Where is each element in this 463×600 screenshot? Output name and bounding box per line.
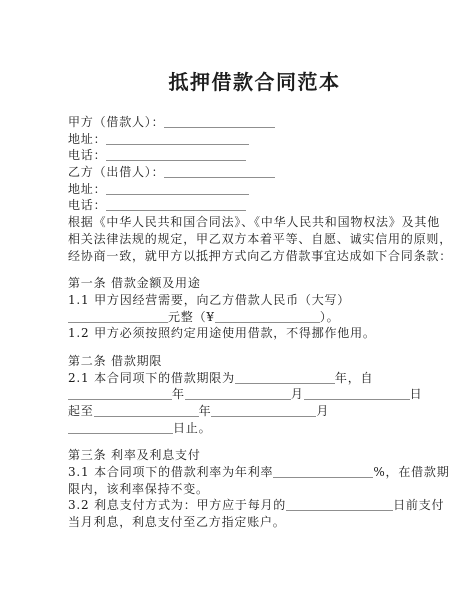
- text-segment: 地址：: [68, 182, 106, 196]
- text-segment: 地址：: [68, 132, 106, 146]
- text-segment: 3.2 利息支付方式为：甲方应于每月的: [68, 498, 286, 512]
- text-segment: 电话：: [68, 198, 106, 212]
- text-segment: 1.1 甲方因经营需要，向乙方借款人民币（大写）: [68, 293, 350, 307]
- blank-underline-field: [215, 310, 320, 323]
- text-segment: %，在借款期: [373, 465, 449, 479]
- blank-underline-field: [286, 498, 393, 511]
- text-segment: ）。: [320, 310, 340, 324]
- clause-3-2-line-2: 当月利息，利息支付至乙方指定账户。: [68, 514, 441, 531]
- party-a-address-line: 地址：: [68, 131, 441, 148]
- blank-underline-field: [185, 387, 291, 400]
- text-segment: 根据《中华人民共和国合同法》、《中华人民共和国物权法》及其他: [68, 215, 440, 229]
- text-segment: 月: [291, 387, 304, 401]
- text-segment: 经协商一致，就甲方以抵押方式向乙方借款事宜达成如下合同条款：: [68, 249, 452, 263]
- text-segment: 第一条 借款金额及用途: [68, 276, 201, 290]
- blank-underline-field: [164, 165, 275, 178]
- document-title: 抵押借款合同范本: [68, 70, 441, 94]
- preamble-line-1: 根据《中华人民共和国合同法》、《中华人民共和国物权法》及其他: [68, 214, 441, 231]
- text-segment: 年，自: [335, 371, 373, 385]
- contract-body: 甲方（借款人）：地址：电话：乙方（出借人）：地址：电话：根据《中华人民共和国合同…: [68, 114, 441, 531]
- preamble-line-3: 经协商一致，就甲方以抵押方式向乙方借款事宜达成如下合同条款：: [68, 248, 441, 265]
- party-a-phone-line: 电话：: [68, 147, 441, 164]
- text-segment: 年: [172, 387, 185, 401]
- text-segment: 起至: [68, 404, 94, 418]
- party-b-line: 乙方（出借人）：: [68, 164, 441, 181]
- blank-underline-field: [106, 148, 246, 161]
- text-segment: 3.1 本合同项下的借款利率为年利率: [68, 465, 273, 479]
- text-segment: 电话：: [68, 148, 106, 162]
- text-segment: 乙方（出借人）：: [68, 165, 164, 179]
- text-segment: 日: [410, 387, 423, 401]
- blank-underline-field: [106, 132, 249, 145]
- article-2-heading: 第二条 借款期限: [68, 353, 441, 370]
- blank-underline-field: [106, 198, 246, 211]
- clause-2-1-line-1: 2.1 本合同项下的借款期限为年，自: [68, 370, 441, 387]
- blank-underline-field: [273, 465, 373, 478]
- text-segment: 1.2 甲方必须按照约定用途使用借款，不得挪作他用。: [68, 326, 376, 340]
- text-segment: 元整（¥: [168, 310, 215, 324]
- blank-underline-field: [68, 421, 173, 434]
- blank-underline-field: [304, 387, 410, 400]
- blank-underline-field: [94, 404, 199, 417]
- text-segment: 第二条 借款期限: [68, 354, 162, 368]
- party-b-address-line: 地址：: [68, 181, 441, 198]
- blank-underline-field: [68, 387, 172, 400]
- clause-1-1-line-1: 1.1 甲方因经营需要，向乙方借款人民币（大写）: [68, 292, 441, 309]
- text-segment: 月: [316, 404, 329, 418]
- text-segment: 甲方（借款人）：: [68, 115, 164, 129]
- blank-underline-field: [235, 371, 335, 384]
- article-1-heading: 第一条 借款金额及用途: [68, 275, 441, 292]
- text-segment: 限内，该利率保持不变。: [68, 482, 209, 496]
- text-segment: 2.1 本合同项下的借款期限为: [68, 371, 235, 385]
- text-segment: 当月利息，利息支付至乙方指定账户。: [68, 515, 286, 529]
- blank-underline-field: [106, 182, 249, 195]
- party-b-phone-line: 电话：: [68, 197, 441, 214]
- clause-2-1-line-4: 日止。: [68, 420, 441, 437]
- blank-underline-field: [211, 404, 316, 417]
- text-segment: 相关法律法规的规定，甲乙双方本着平等、自愿、诚实信用的原则，: [68, 232, 452, 246]
- text-segment: 日止。: [173, 421, 211, 435]
- text-segment: 年: [199, 404, 212, 418]
- text-segment: 第三条 利率及利息支付: [68, 448, 201, 462]
- clause-3-1-line-2: 限内，该利率保持不变。: [68, 481, 441, 498]
- text-segment: 日前支付: [393, 498, 444, 512]
- clause-1-2-line: 1.2 甲方必须按照约定用途使用借款，不得挪作他用。: [68, 325, 441, 342]
- contract-document: 抵押借款合同范本 甲方（借款人）：地址：电话：乙方（出借人）：地址：电话：根据《…: [0, 0, 463, 600]
- clause-1-1-line-2: 元整（¥）。: [68, 309, 441, 326]
- clause-2-1-line-3: 起至年月: [68, 403, 441, 420]
- clause-3-1-line-1: 3.1 本合同项下的借款利率为年利率%，在借款期: [68, 464, 441, 481]
- clause-2-1-line-2: 年月日: [68, 386, 441, 403]
- clause-3-2-line-1: 3.2 利息支付方式为：甲方应于每月的日前支付: [68, 497, 441, 514]
- article-3-heading: 第三条 利率及利息支付: [68, 447, 441, 464]
- preamble-line-2: 相关法律法规的规定，甲乙双方本着平等、自愿、诚实信用的原则，: [68, 231, 441, 248]
- party-a-line: 甲方（借款人）：: [68, 114, 441, 131]
- blank-underline-field: [164, 115, 275, 128]
- blank-underline-field: [68, 310, 168, 323]
